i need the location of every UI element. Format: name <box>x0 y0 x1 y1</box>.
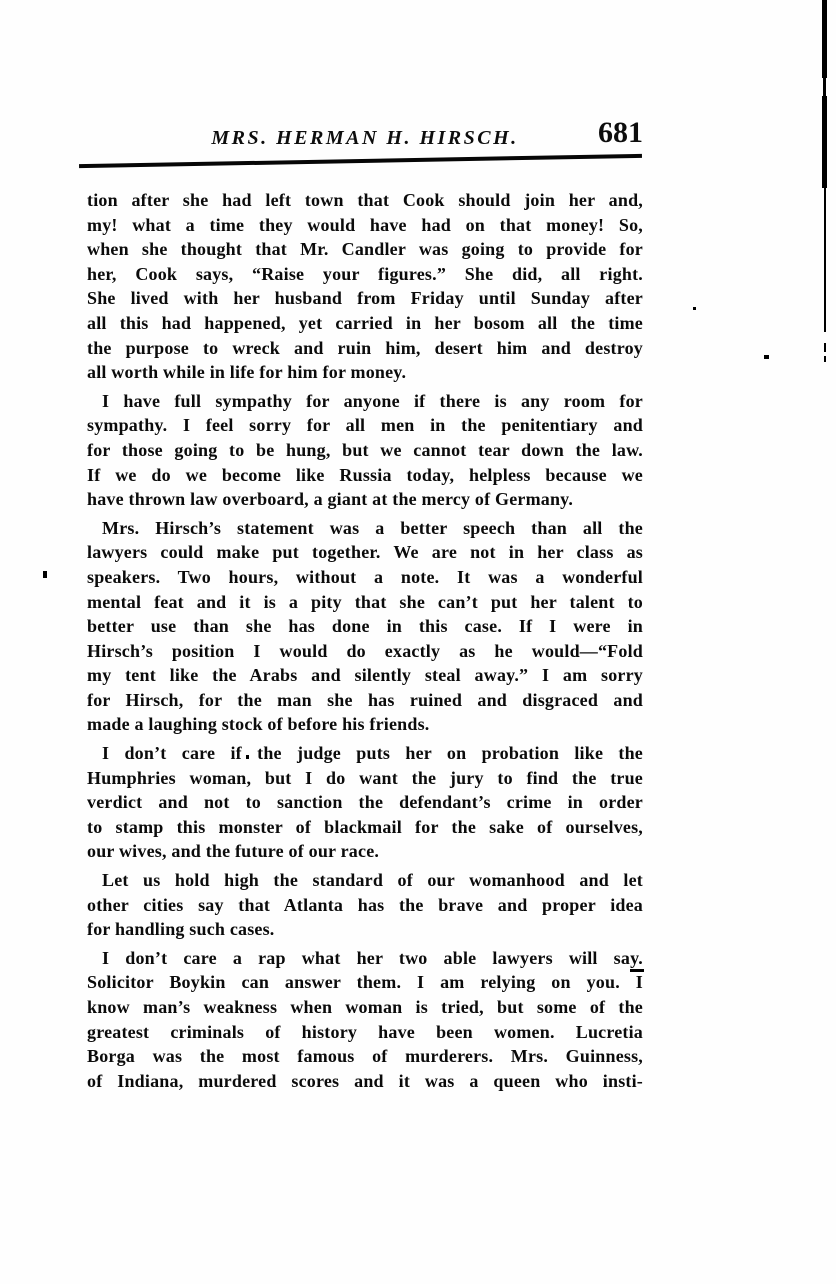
page-edge-dash <box>824 343 826 352</box>
ink-speck <box>764 355 769 359</box>
page-edge-line <box>823 78 826 96</box>
paragraph-6: I don’t care a rap what her two able law… <box>87 946 643 1094</box>
paragraph-5: Let us hold high the standard of our wom… <box>87 868 643 942</box>
text-line: all worth while in life for him for mone… <box>87 360 643 385</box>
page-edge-dash <box>824 356 826 362</box>
text-line: Hirsch’s position I would do exactly as … <box>87 639 643 664</box>
text-line: If we do we become like Russia today, he… <box>87 463 643 488</box>
text-line: other cities say that Atlanta has the br… <box>87 893 643 918</box>
page-edge-line <box>824 188 826 332</box>
text-block: tion after she had left town that Cook s… <box>87 188 643 1093</box>
text-line: know man’s weakness when woman is tried,… <box>87 995 643 1020</box>
text-line: her, Cook says, “Raise your figures.” Sh… <box>87 262 643 287</box>
header-rule <box>79 154 642 168</box>
text-line: I have full sympathy for anyone if there… <box>87 389 643 414</box>
page-edge-line <box>822 96 827 188</box>
text-line: I don’t care if the judge puts her on pr… <box>87 741 643 766</box>
text-line: Humphries woman, but I do want the jury … <box>87 766 643 791</box>
ink-speck <box>246 755 249 759</box>
text-line: sympathy. I feel sorry for all men in th… <box>87 413 643 438</box>
text-line: for Hirsch, for the man she has ruined a… <box>87 688 643 713</box>
paragraph-1: tion after she had left town that Cook s… <box>87 188 643 385</box>
text-line: better use than she has done in this cas… <box>87 614 643 639</box>
page-edge-line <box>822 0 827 78</box>
text-line: my tent like the Arabs and silently stea… <box>87 663 643 688</box>
text-line: lawyers could make put together. We are … <box>87 540 643 565</box>
text-line: all this had happened, yet carried in he… <box>87 311 643 336</box>
paragraph-2: I have full sympathy for anyone if there… <box>87 389 643 512</box>
ink-speck <box>693 307 696 310</box>
paragraph-4: I don’t care if the judge puts her on pr… <box>87 741 643 864</box>
text-line: our wives, and the future of our race. <box>87 839 643 864</box>
text-line: Borga was the most famous of murderers. … <box>87 1044 643 1069</box>
text-line: tion after she had left town that Cook s… <box>87 188 643 213</box>
text-line: verdict and not to sanction the defendan… <box>87 790 643 815</box>
text-line: for those going to be hung, but we canno… <box>87 438 643 463</box>
text-line: for handling such cases. <box>87 917 643 942</box>
text-line: mental feat and it is a pity that she ca… <box>87 590 643 615</box>
text-line: Mrs. Hirsch’s statement was a better spe… <box>87 516 643 541</box>
text-line: to stamp this monster of blackmail for t… <box>87 815 643 840</box>
text-line: She lived with her husband from Friday u… <box>87 286 643 311</box>
paragraph-3: Mrs. Hirsch’s statement was a better spe… <box>87 516 643 737</box>
text-line: when she thought that Mr. Candler was go… <box>87 237 643 262</box>
text-line: have thrown law overboard, a giant at th… <box>87 487 643 512</box>
text-line: greatest criminals of history have been … <box>87 1020 643 1045</box>
ink-speck <box>630 969 644 972</box>
text-line: the purpose to wreck and ruin him, deser… <box>87 336 643 361</box>
text-line: made a laughing stock of before his frie… <box>87 712 643 737</box>
ink-speck <box>43 571 47 578</box>
text-line: I don’t care a rap what her two able law… <box>87 946 643 971</box>
text-line: Solicitor Boykin can answer them. I am r… <box>87 970 643 995</box>
text-line: of Indiana, murdered scores and it was a… <box>87 1069 643 1094</box>
page-number: 681 <box>560 116 643 150</box>
book-page: MRS. HERMAN H. HIRSCH. 681 tion after sh… <box>0 0 836 1284</box>
text-line: my! what a time they would have had on t… <box>87 213 643 238</box>
text-line: speakers. Two hours, without a note. It … <box>87 565 643 590</box>
text-line: Let us hold high the standard of our wom… <box>87 868 643 893</box>
